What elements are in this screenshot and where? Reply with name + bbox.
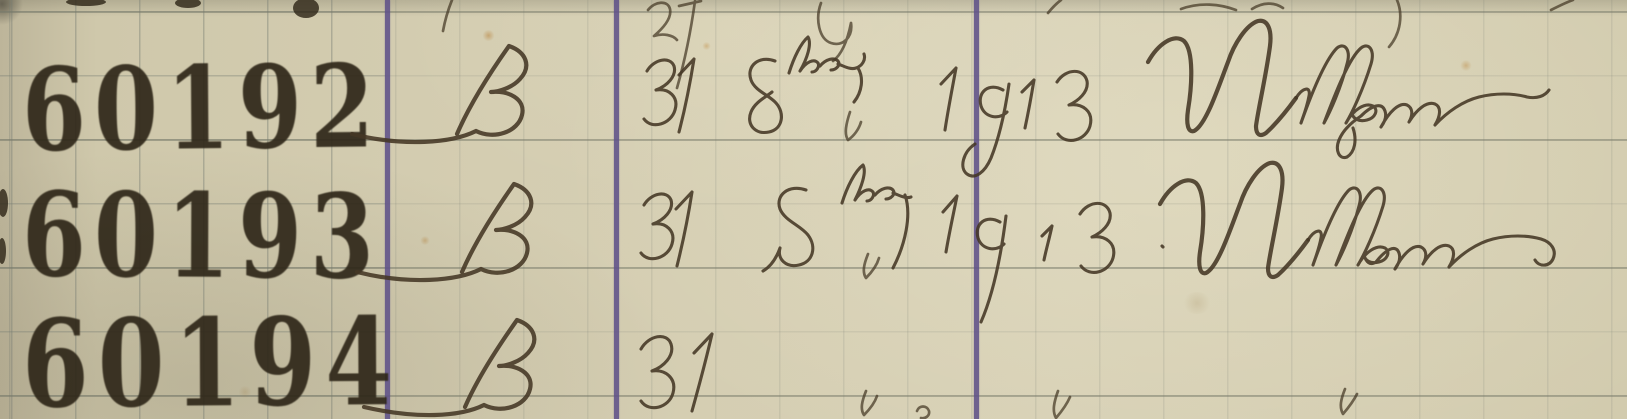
- letter-B-row-2: [357, 184, 531, 280]
- row-3-handwriting: [364, 320, 712, 415]
- row-2-handwriting: [357, 163, 1554, 322]
- letter-B-row-1: [352, 46, 526, 142]
- ink-blob-left-edge: [0, 238, 6, 264]
- name-willems-row-2: [1160, 163, 1308, 277]
- letter-B-row-3: [364, 320, 534, 415]
- date-day-row-1: [644, 59, 694, 132]
- abbreviation-mark-row-2: [864, 254, 879, 278]
- ink-blob-left-edge: [0, 189, 8, 217]
- stamp-fragment: [66, 0, 106, 6]
- ditto-mark-fragment: [862, 389, 1357, 418]
- date-day-row-3: [641, 334, 712, 411]
- ledger-page-scan: 60192 60193 60194: [0, 0, 1627, 419]
- date-day-row-2: [641, 192, 692, 266]
- next-entry-fragments: [862, 389, 1357, 418]
- stamp-fragment: [175, 0, 201, 8]
- stamp-fragment: [293, 0, 319, 18]
- handwriting-ink-layer: [0, 0, 1627, 419]
- row-1-handwriting: [352, 21, 1549, 176]
- name-willems-row-2-minims: [1308, 188, 1554, 269]
- previous-entry-fragments: [0, 0, 1573, 264]
- pen-fragment: [443, 0, 1573, 88]
- date-month-8bre-row-2: [763, 165, 911, 271]
- date-year-row-1: [941, 68, 1091, 176]
- name-willems-row-1-minims: [1296, 46, 1549, 158]
- abbreviation-mark-row-1: [846, 112, 861, 140]
- date-year-row-2: [943, 196, 1163, 322]
- name-willems-row-1: [1148, 21, 1296, 135]
